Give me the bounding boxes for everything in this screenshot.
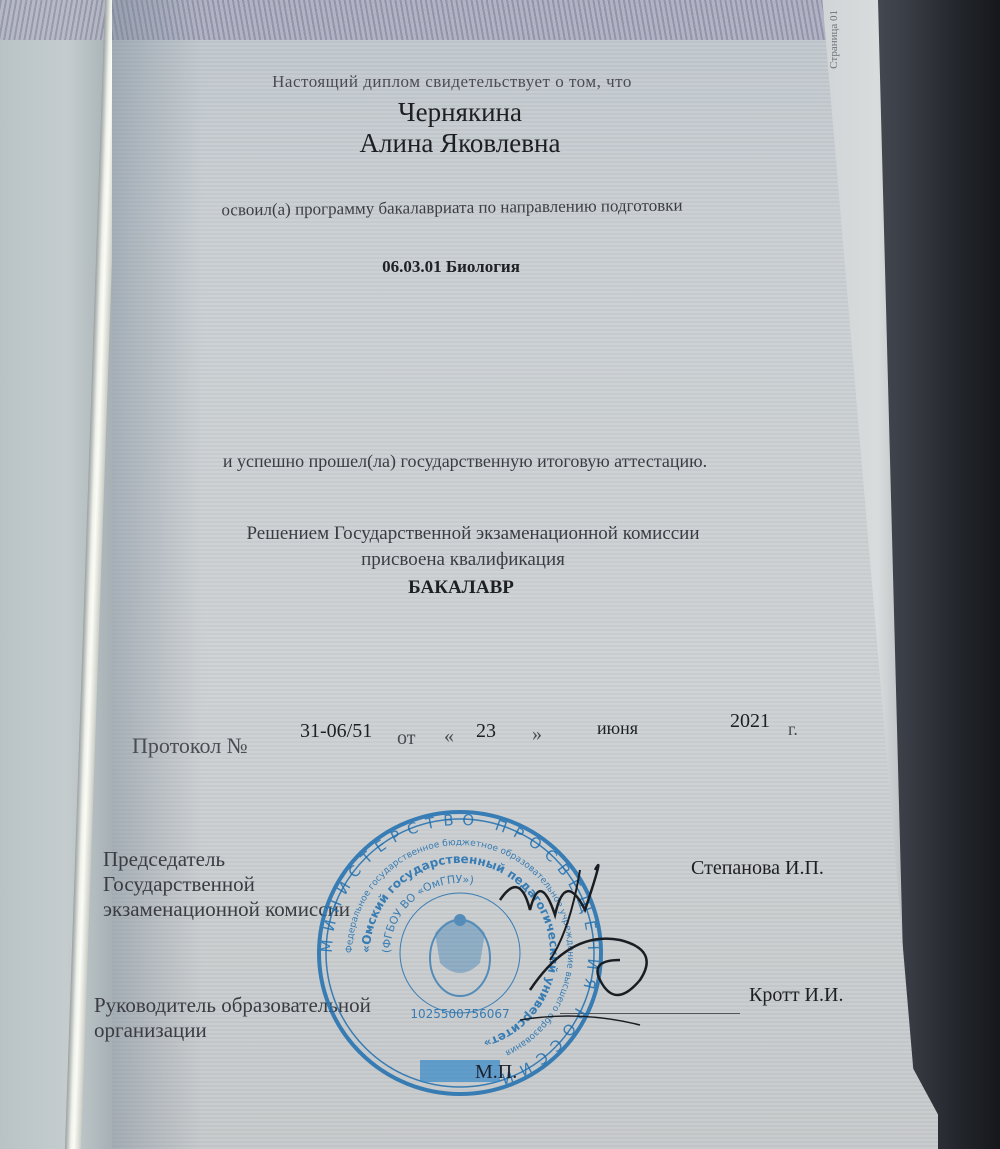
quote-close: » — [532, 723, 542, 746]
protocol-day: 23 — [476, 720, 496, 743]
seal-mark: М.П. — [475, 1061, 517, 1083]
page-shadow — [112, 0, 202, 1149]
chair-role-line: Председатель — [103, 847, 350, 872]
guilloche-pattern — [0, 0, 112, 40]
qualification: БАКАЛАВР — [408, 577, 514, 599]
chair-role: Председатель Государственной экзаменацио… — [103, 847, 350, 922]
protocol-label: Протокол № — [132, 733, 248, 759]
guilloche-pattern — [112, 0, 832, 40]
chair-role-line: экзаменационной комиссии — [103, 897, 350, 922]
chair-role-line: Государственной — [103, 872, 350, 897]
holder-given-names: Алина Яковлевна — [360, 128, 561, 159]
protocol-year-suffix: г. — [788, 719, 798, 740]
protocol-from-label: от — [397, 727, 415, 750]
protocol-year: 2021 — [730, 710, 770, 733]
decision-line-2: присвоена квалификация — [361, 549, 565, 571]
protocol-number: 31-06/51 — [300, 720, 372, 743]
holder-surname: Чернякина — [398, 97, 522, 128]
decision-line-1: Решением Государственной экзаменационной… — [246, 523, 699, 545]
study-direction: 06.03.01 Биология — [382, 257, 520, 277]
signature-marks — [460, 830, 740, 1060]
quote-open: « — [444, 725, 454, 748]
head-name: Кротт И.И. — [749, 984, 843, 1007]
attestation-statement: и успешно прошел(ла) государственную ито… — [223, 451, 707, 472]
page-number-label: Страница 01 — [828, 10, 840, 69]
intro-statement: Настоящий диплом свидетельствует о том, … — [272, 72, 632, 92]
protocol-month: июня — [597, 718, 638, 739]
